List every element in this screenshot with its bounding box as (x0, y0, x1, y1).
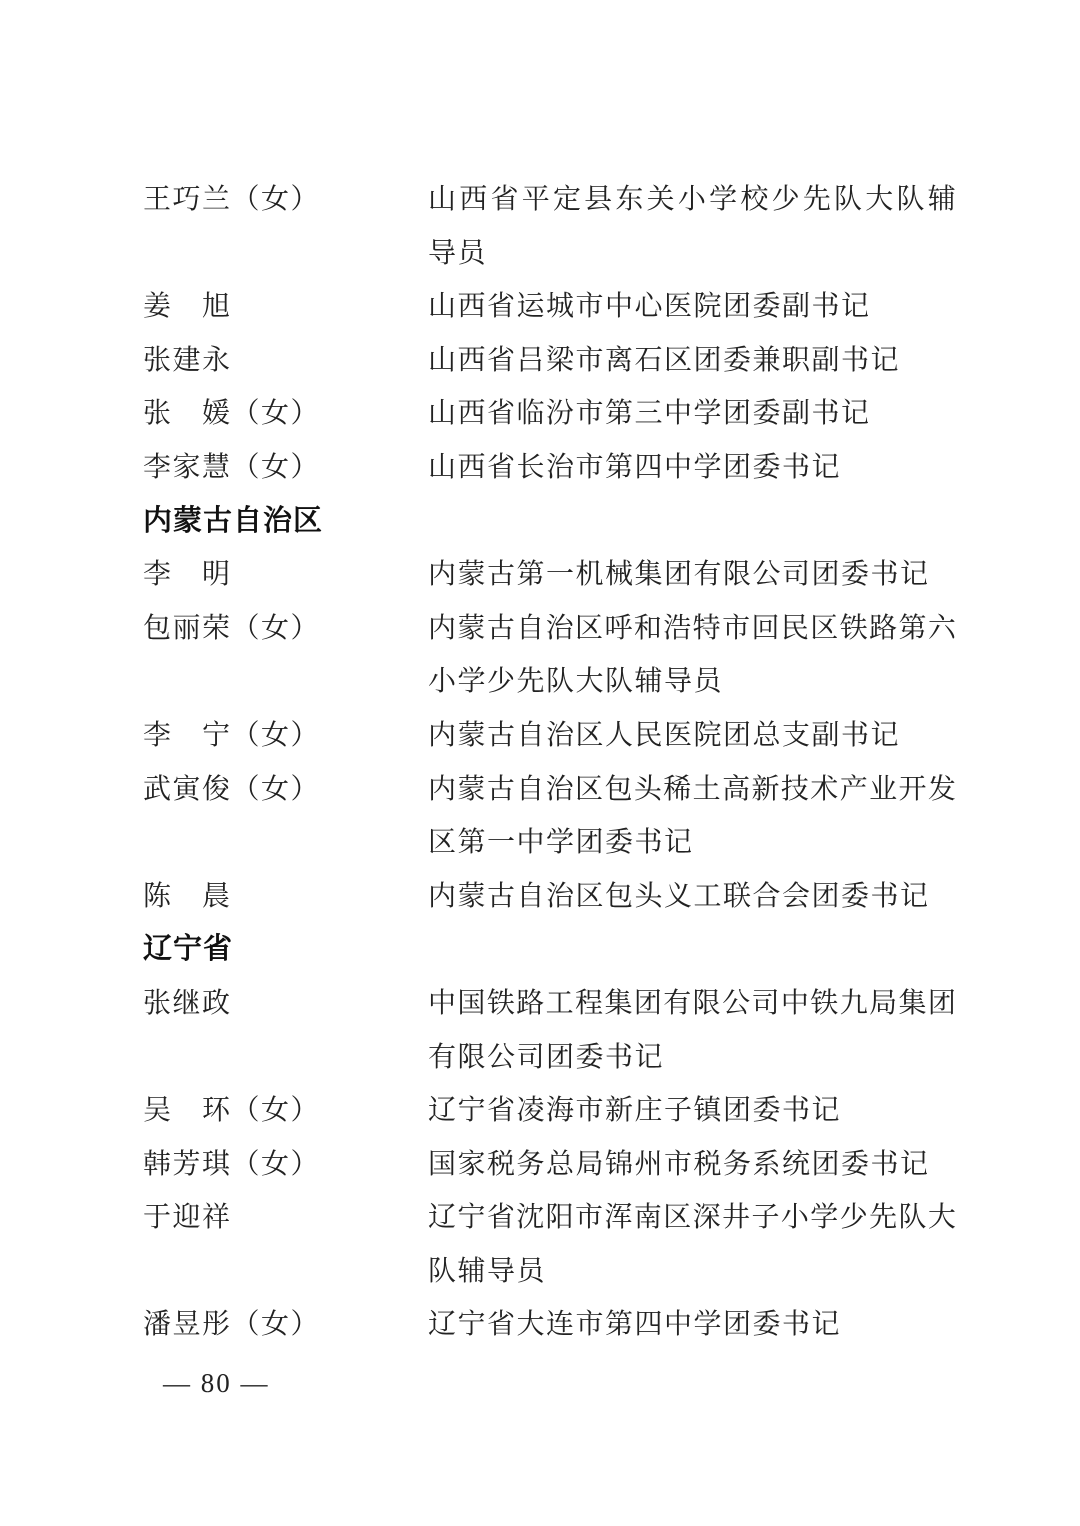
entry-name: 张建永 (143, 334, 428, 388)
position-line: 辽宁省沈阳市浑南区深井子小学少先队大 (428, 1191, 956, 1245)
entry-position: 辽宁省大连市第四中学团委书记 (428, 1298, 956, 1352)
position-line: 内蒙古自治区呼和浩特市回民区铁路第六 (428, 602, 956, 656)
entry-position: 国家税务总局锦州市税务系统团委书记 (428, 1138, 956, 1192)
entry-name: 张继政 (143, 977, 428, 1031)
list-item: 张 媛（女） 山西省临汾市第三中学团委副书记 (143, 387, 963, 441)
position-line: 国家税务总局锦州市税务系统团委书记 (428, 1138, 956, 1192)
entry-name: 吴 环（女） (143, 1084, 428, 1138)
list-item: 王巧兰（女） 山西省平定县东关小学校少先队大队辅 导员 (143, 173, 963, 280)
entry-name: 李家慧（女） (143, 441, 428, 495)
entry-name: 武寅俊（女） (143, 763, 428, 817)
entry-position: 内蒙古自治区包头稀土高新技术产业开发 区第一中学团委书记 (428, 763, 956, 870)
position-line: 区第一中学团委书记 (428, 816, 956, 870)
list-item: 张继政 中国铁路工程集团有限公司中铁九局集团 有限公司团委书记 (143, 977, 963, 1084)
list-item: 武寅俊（女） 内蒙古自治区包头稀土高新技术产业开发 区第一中学团委书记 (143, 763, 963, 870)
position-line: 内蒙古自治区人民医院团总支副书记 (428, 709, 956, 763)
position-line: 小学少先队大队辅导员 (428, 655, 956, 709)
entry-name: 李 明 (143, 548, 428, 602)
position-line: 有限公司团委书记 (428, 1031, 956, 1085)
position-line: 山西省运城市中心医院团委副书记 (428, 280, 956, 334)
entry-name: 张 媛（女） (143, 387, 428, 441)
position-line: 辽宁省凌海市新庄子镇团委书记 (428, 1084, 956, 1138)
position-line: 内蒙古第一机械集团有限公司团委书记 (428, 548, 956, 602)
list-item: 于迎祥 辽宁省沈阳市浑南区深井子小学少先队大 队辅导员 (143, 1191, 963, 1298)
position-line: 内蒙古自治区包头义工联合会团委书记 (428, 870, 956, 924)
list-item: 李 宁（女） 内蒙古自治区人民医院团总支副书记 (143, 709, 963, 763)
list-item: 姜 旭 山西省运城市中心医院团委副书记 (143, 280, 963, 334)
position-line: 辽宁省大连市第四中学团委书记 (428, 1298, 956, 1352)
entry-name: 包丽荣（女） (143, 602, 428, 656)
entry-position: 辽宁省凌海市新庄子镇团委书记 (428, 1084, 956, 1138)
position-line: 山西省临汾市第三中学团委副书记 (428, 387, 956, 441)
list-item: 吴 环（女） 辽宁省凌海市新庄子镇团委书记 (143, 1084, 963, 1138)
entry-position: 内蒙古自治区人民医院团总支副书记 (428, 709, 956, 763)
document-page: 王巧兰（女） 山西省平定县东关小学校少先队大队辅 导员 姜 旭 山西省运城市中心… (0, 0, 1080, 1526)
list-item: 陈 晨 内蒙古自治区包头义工联合会团委书记 (143, 870, 963, 924)
entry-position: 内蒙古第一机械集团有限公司团委书记 (428, 548, 956, 602)
entry-position: 山西省平定县东关小学校少先队大队辅 导员 (428, 173, 956, 280)
section-header-label: 辽宁省 (143, 923, 963, 977)
name-list: 王巧兰（女） 山西省平定县东关小学校少先队大队辅 导员 姜 旭 山西省运城市中心… (143, 173, 963, 1352)
position-line: 山西省平定县东关小学校少先队大队辅 (428, 173, 956, 227)
list-item: 韩芳琪（女） 国家税务总局锦州市税务系统团委书记 (143, 1138, 963, 1192)
entry-name: 陈 晨 (143, 870, 428, 924)
entry-name: 潘昱彤（女） (143, 1298, 428, 1352)
entry-position: 中国铁路工程集团有限公司中铁九局集团 有限公司团委书记 (428, 977, 956, 1084)
position-line: 队辅导员 (428, 1245, 956, 1299)
entry-name: 李 宁（女） (143, 709, 428, 763)
list-item: 潘昱彤（女） 辽宁省大连市第四中学团委书记 (143, 1298, 963, 1352)
entry-position: 山西省临汾市第三中学团委副书记 (428, 387, 956, 441)
entry-name: 姜 旭 (143, 280, 428, 334)
position-line: 山西省长治市第四中学团委书记 (428, 441, 956, 495)
section-header-label: 内蒙古自治区 (143, 495, 963, 549)
entry-position: 山西省长治市第四中学团委书记 (428, 441, 956, 495)
page-number: — 80 — (163, 1356, 270, 1410)
entry-position: 辽宁省沈阳市浑南区深井子小学少先队大 队辅导员 (428, 1191, 956, 1298)
position-line: 中国铁路工程集团有限公司中铁九局集团 (428, 977, 956, 1031)
section-header-neimenggu: 内蒙古自治区 (143, 495, 963, 549)
position-line: 导员 (428, 227, 956, 281)
position-line: 内蒙古自治区包头稀土高新技术产业开发 (428, 763, 956, 817)
list-item: 张建永 山西省吕梁市离石区团委兼职副书记 (143, 334, 963, 388)
entry-name: 王巧兰（女） (143, 173, 428, 227)
position-line: 山西省吕梁市离石区团委兼职副书记 (428, 334, 956, 388)
list-item: 李家慧（女） 山西省长治市第四中学团委书记 (143, 441, 963, 495)
entry-position: 山西省运城市中心医院团委副书记 (428, 280, 956, 334)
entry-name: 韩芳琪（女） (143, 1138, 428, 1192)
list-item: 包丽荣（女） 内蒙古自治区呼和浩特市回民区铁路第六 小学少先队大队辅导员 (143, 602, 963, 709)
entry-name: 于迎祥 (143, 1191, 428, 1245)
list-item: 李 明 内蒙古第一机械集团有限公司团委书记 (143, 548, 963, 602)
entry-position: 山西省吕梁市离石区团委兼职副书记 (428, 334, 956, 388)
entry-position: 内蒙古自治区包头义工联合会团委书记 (428, 870, 956, 924)
entry-position: 内蒙古自治区呼和浩特市回民区铁路第六 小学少先队大队辅导员 (428, 602, 956, 709)
section-header-liaoning: 辽宁省 (143, 923, 963, 977)
